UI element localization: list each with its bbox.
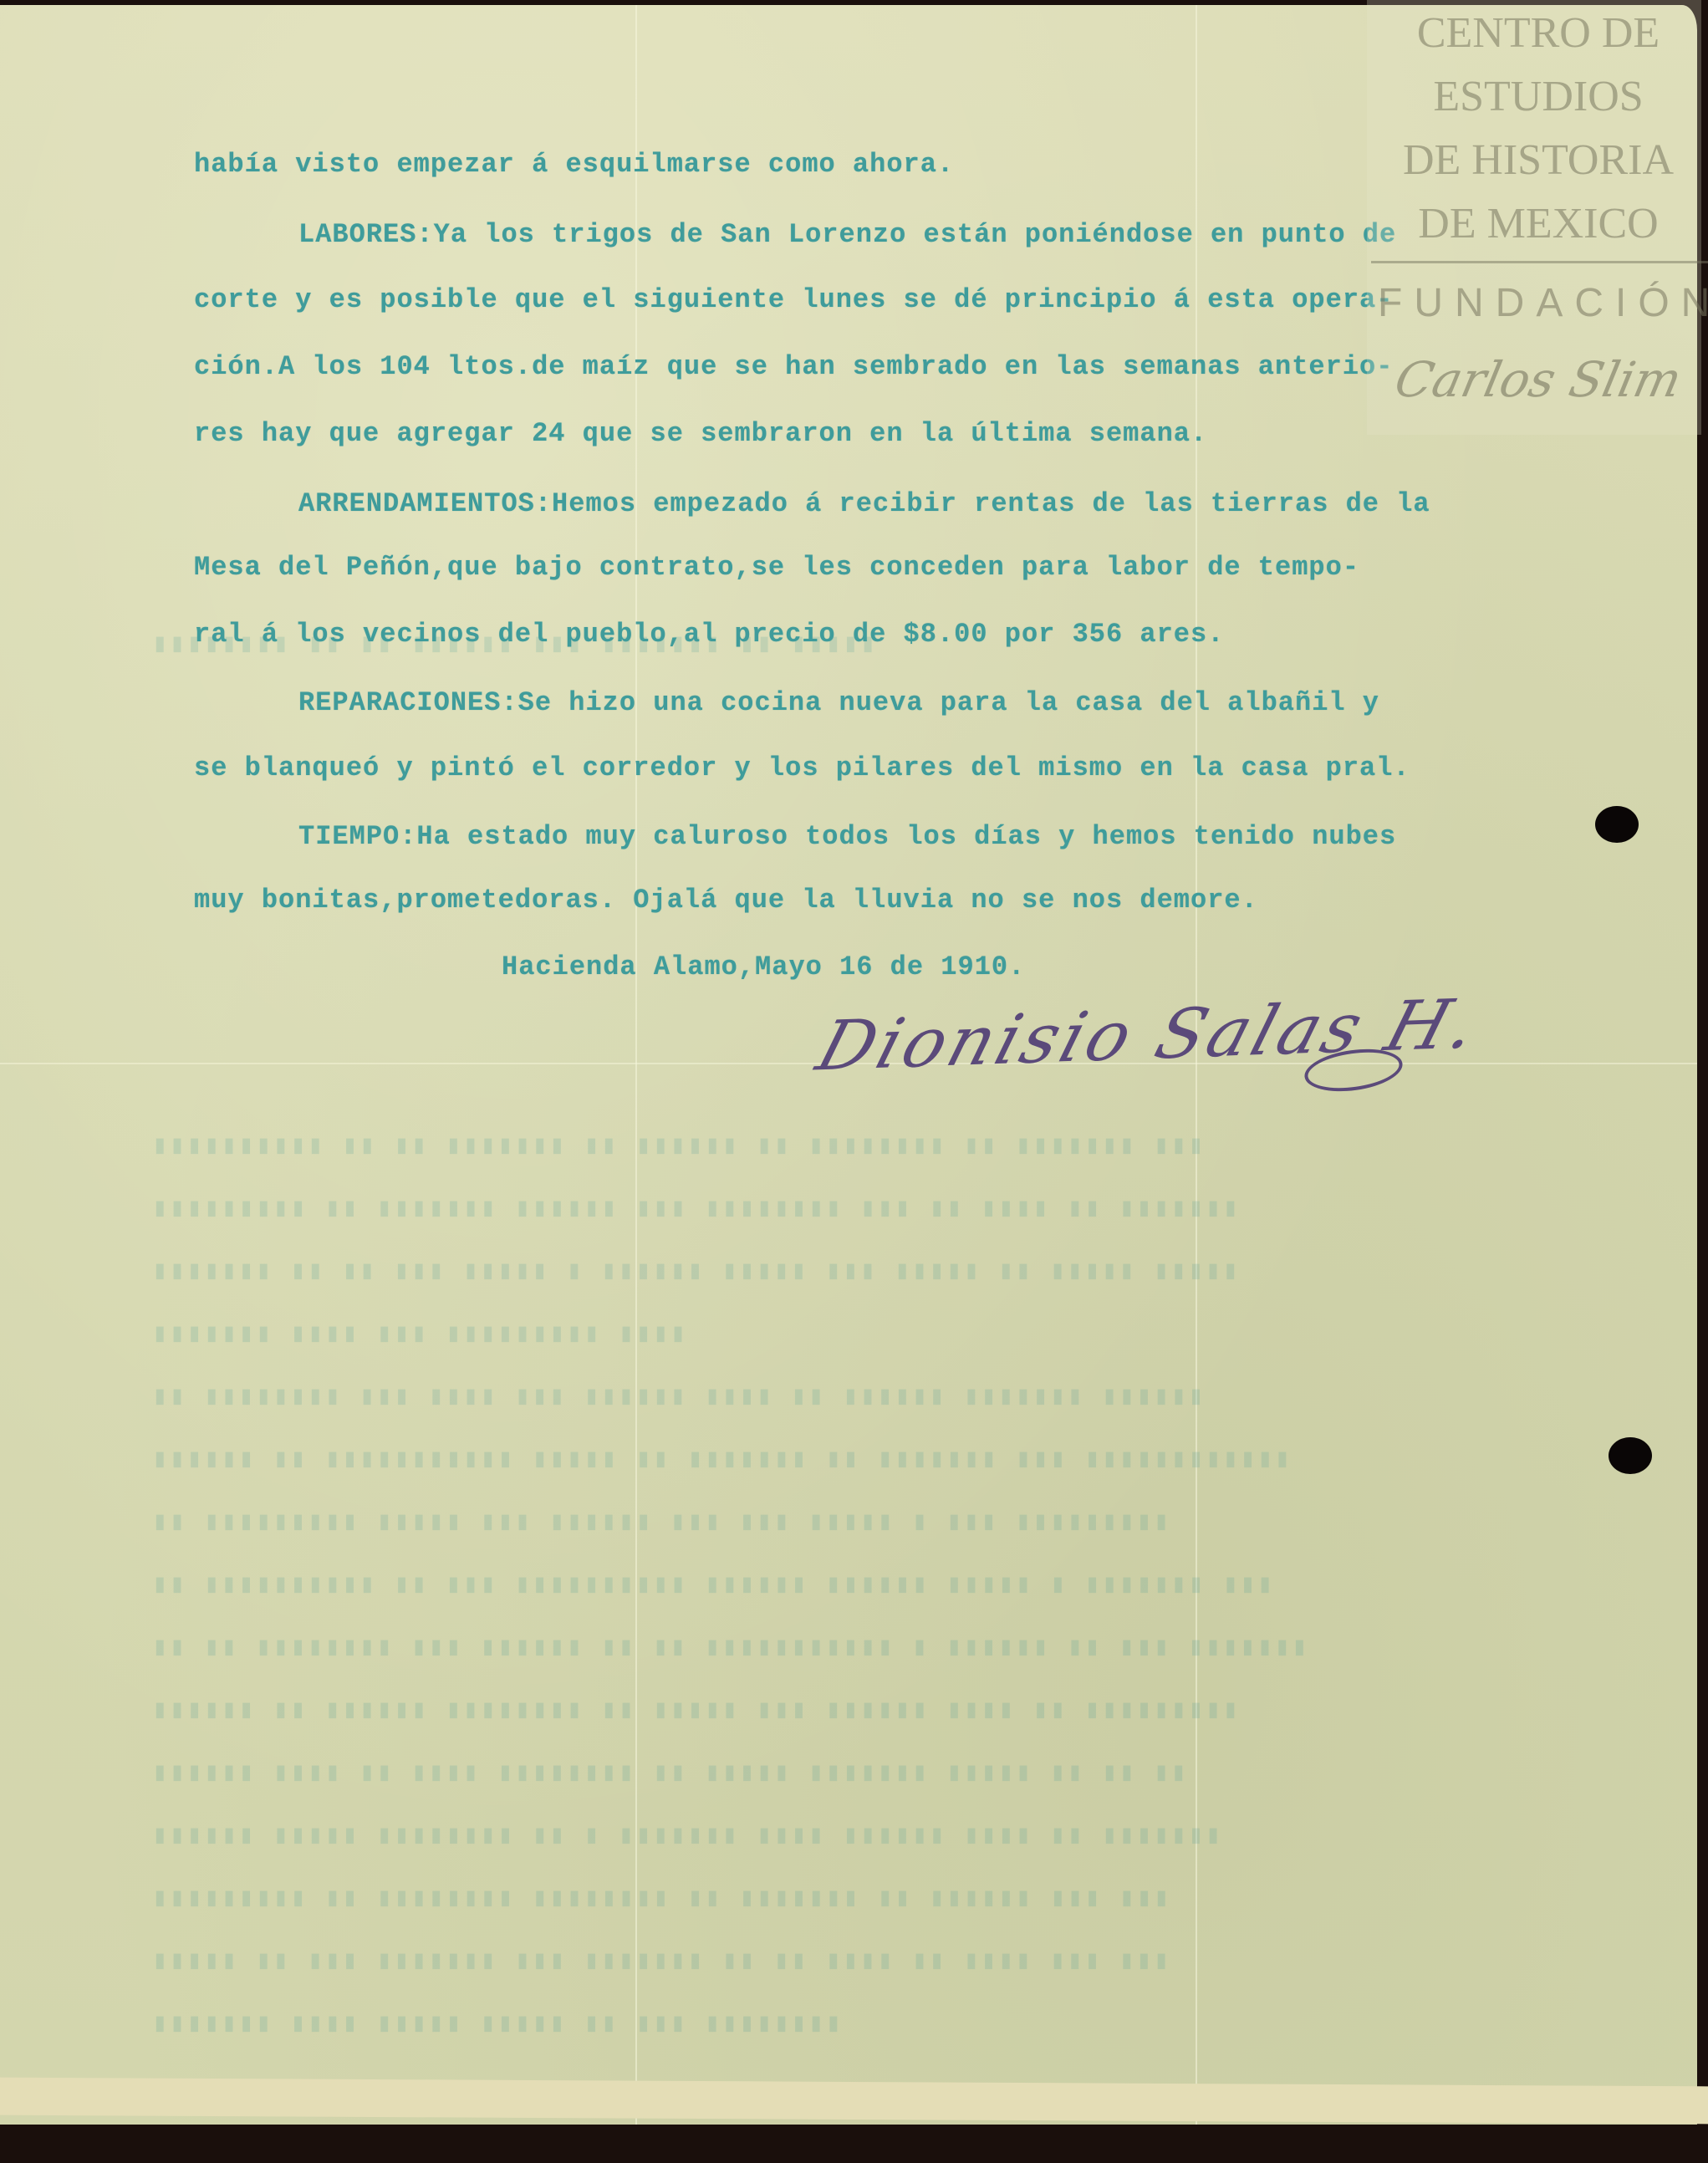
bleed-through-text: ▮▮▮▮▮▮▮▮▮ ▮▮▮ ▮ ▮▮▮▮▮ ▮▮▮ ▮▮▮ ▮▮▮▮▮▮ ▮▮▮… — [150, 1506, 1170, 1538]
bleed-through-text: ▮▮▮▮▮▮▮▮ ▮▮▮ ▮▮ ▮▮▮▮▮ ▮▮▮▮▮ ▮▮▮▮ ▮▮▮▮▮▮▮ — [150, 2007, 841, 2039]
bleed-through-text: ▮▮▮▮▮▮▮▮▮ ▮▮ ▮▮▮▮ ▮▮▮▮▮▮ ▮▮▮ ▮▮▮▮▮ ▮▮ ▮▮… — [150, 1694, 1238, 1726]
watermark-signature: Carlos Slim — [1365, 351, 1708, 408]
text-line: Mesa del Peñón,que bajo contrato,se les … — [194, 552, 1359, 583]
text-line: ción.A los 104 ltos.de maíz que se han s… — [194, 351, 1393, 382]
archive-watermark: CENTRO DE ESTUDIOS DE HISTORIA DE MEXICO… — [1371, 0, 1705, 256]
fold-crease — [635, 5, 637, 2125]
watermark-divider — [1371, 261, 1708, 263]
bleed-through-text: ▮▮▮▮▮▮▮ ▮▮ ▮▮▮▮ ▮▮ ▮▮▮ ▮▮▮▮▮▮▮▮ ▮▮▮ ▮▮▮▮… — [150, 1192, 1238, 1224]
watermark-foundation: FUNDACIÓN — [1378, 280, 1708, 326]
text-line: res hay que agregar 24 que se sembraron … — [194, 418, 1207, 449]
bleed-through-text: ▮▮▮▮▮▮▮ ▮▮▮ ▮▮ ▮▮▮▮▮▮ ▮ ▮▮▮▮▮▮▮▮▮▮▮ ▮▮ ▮… — [150, 1631, 1308, 1663]
text-line: corte y es posible que el siguiente lune… — [194, 284, 1393, 315]
text-line: había visto empezar á esquilmarse como a… — [194, 149, 954, 180]
punch-hole — [1609, 1437, 1652, 1474]
text-line-tiempo: TIEMPO:Ha estado muy caluroso todos los … — [298, 821, 1396, 852]
bleed-through-text: ▮▮▮ ▮▮▮▮▮▮▮ ▮▮ ▮▮▮▮▮▮▮▮ ▮▮ ▮▮▮▮▮▮ ▮▮ ▮▮▮… — [150, 1130, 1204, 1161]
watermark-line: ESTUDIOS — [1371, 65, 1705, 129]
text-line: ral á los vecinos del pueblo,al precio d… — [194, 619, 1224, 650]
watermark-line: DE HISTORIA — [1371, 129, 1705, 192]
punch-hole — [1595, 806, 1639, 843]
bleed-through-text: ▮▮▮ ▮▮▮ ▮▮▮▮▮▮ ▮▮ ▮▮▮▮▮▮▮ ▮▮ ▮▮▮▮▮▮▮▮ ▮▮… — [150, 1882, 1170, 1914]
bleed-through-text: ▮▮▮▮▮▮ ▮▮▮▮▮▮▮ ▮▮▮▮▮▮ ▮▮ ▮▮▮▮ ▮▮▮▮▮▮ ▮▮▮… — [150, 1380, 1204, 1412]
bleed-through-text: ▮▮▮▮ ▮▮▮▮▮▮▮▮▮ ▮▮▮ ▮▮▮▮ ▮▮▮▮▮▮▮ — [150, 1318, 686, 1349]
text-line-labores: LABORES:Ya los trigos de San Lorenzo est… — [298, 219, 1396, 250]
text-line-arrendamientos: ARRENDAMIENTOS:Hemos empezado á recibir … — [298, 488, 1430, 519]
closing-place-date: Hacienda Alamo,Mayo 16 de 1910. — [502, 951, 1025, 982]
text-line: muy bonitas,prometedoras. Ojalá que la l… — [194, 885, 1258, 916]
text-line: se blanqueó y pintó el corredor y los pi… — [194, 752, 1410, 783]
text-line-reparaciones: REPARACIONES:Se hizo una cocina nueva pa… — [298, 687, 1379, 718]
bleed-through-text: ▮▮▮▮▮▮▮▮▮▮▮▮ ▮▮▮ ▮▮▮▮▮▮▮ ▮▮ ▮▮▮▮▮▮▮ ▮▮ ▮… — [150, 1443, 1290, 1475]
bleed-through-text: ▮▮▮▮▮▮▮ ▮▮ ▮▮▮▮ ▮▮▮▮▮▮ ▮▮▮▮ ▮▮▮▮▮▮▮ ▮ ▮▮… — [150, 1819, 1221, 1851]
bleed-through-text: ▮▮ ▮▮ ▮▮ ▮▮▮▮▮ ▮▮▮▮▮▮▮ ▮▮▮▮▮ ▮▮ ▮▮▮▮▮▮▮▮… — [150, 1757, 1186, 1788]
bleed-through-text: ▮▮▮▮▮ ▮▮▮▮▮ ▮▮ ▮▮▮▮▮ ▮▮▮ ▮▮▮▮▮ ▮▮▮▮▮▮ ▮ … — [150, 1255, 1238, 1287]
watermark-line: CENTRO DE — [1371, 2, 1705, 65]
bleed-through-text: ▮▮▮ ▮▮▮▮▮▮▮ ▮ ▮▮▮▮▮ ▮▮▮▮▮▮ ▮▮▮▮▮▮ ▮▮▮▮▮▮… — [150, 1569, 1273, 1600]
watermark-line: DE MEXICO — [1371, 192, 1705, 256]
bleed-through-text: ▮▮▮ ▮▮▮ ▮▮▮▮ ▮▮ ▮▮▮▮ ▮▮ ▮▮ ▮▮▮▮▮▮▮ ▮▮▮ ▮… — [150, 1945, 1169, 1977]
